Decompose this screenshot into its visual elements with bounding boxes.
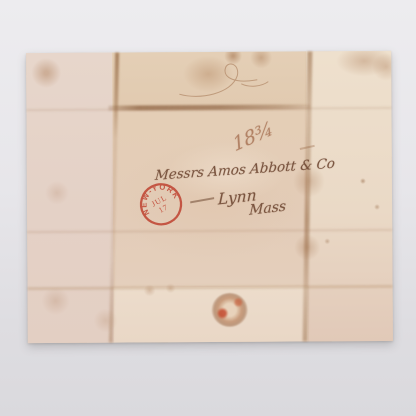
ink-squiggle (171, 54, 281, 105)
wax-seal (212, 293, 248, 327)
letter-photograph: 18¾ NEW-YORK JUL 17 Messrs Amos Abbott &… (0, 0, 416, 416)
pen-flourish (190, 197, 214, 203)
folded-letter: 18¾ NEW-YORK JUL 17 Messrs Amos Abbott &… (26, 51, 393, 343)
